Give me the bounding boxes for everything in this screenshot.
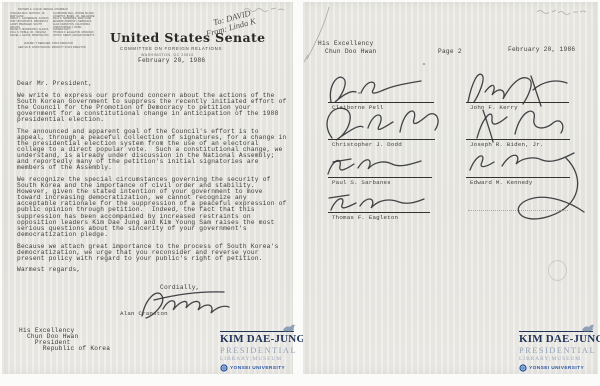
yonsei-emblem-icon (220, 364, 228, 372)
stamp-university-row: YONSEI UNIVERSITY (220, 364, 296, 372)
ring-stain (548, 260, 567, 281)
kennedy-signature (458, 140, 598, 250)
biden-signature (463, 102, 583, 144)
dodd-signature (318, 102, 448, 144)
page2-recipient-line1: His Excellency (318, 41, 373, 47)
paragraph-2: The announced and apparent goal of the C… (17, 129, 297, 172)
paragraph-1: We write to express our profound concern… (17, 93, 297, 123)
letterhead-members-col1: CHARLES McC. MATHIAS, JR., MARYLAND NANC… (10, 13, 50, 37)
sarbanes-signature (321, 146, 436, 180)
pell-signature (323, 68, 435, 106)
stamp-university-label: YONSEI UNIVERSITY (529, 366, 584, 371)
eagleton-typed-name: Thomas F. Eagleton (332, 214, 398, 221)
speck (423, 63, 425, 65)
recipient-address-block: His Excellency Chun Doo Hwan President R… (19, 328, 110, 352)
dodd-signature-line (328, 139, 435, 140)
sarbanes-signature-line (328, 177, 432, 178)
letter-date: February 20, 1986 (138, 58, 205, 64)
letter-page-1: RICHARD G. LUGAR, INDIANA, CHAIRMAN CHAR… (2, 2, 293, 374)
stamp-title: KIM DAE-JUNG (519, 333, 595, 345)
sarbanes-typed-name: Paul S. Sarbanes (332, 179, 391, 186)
committee-line: COMMITTEE ON FOREIGN RELATIONS (120, 46, 222, 51)
letterhead-staff-line-1: JEFFREY T. BERGNER, STAFF DIRECTOR (24, 43, 73, 46)
blank-signature-line (468, 210, 568, 211)
page2-date: February 20, 1986 (508, 47, 575, 53)
closing-line: Warmest regards, (17, 267, 297, 273)
stamp-subtitle: PRESIDENTIAL (220, 346, 296, 355)
senate-masthead: United States Senate (110, 30, 265, 45)
stamp-subtitle: PRESIDENTIAL (519, 346, 595, 355)
cranston-typed-name: Alan Cranston (120, 310, 168, 317)
letterhead-chairman-line: RICHARD G. LUGAR, INDIANA, CHAIRMAN (18, 9, 68, 12)
letter-body: Dear Mr. President, We write to express … (17, 81, 297, 274)
kennedy-signature-line (466, 177, 570, 178)
scanned-letter-spread: RICHARD G. LUGAR, INDIANA, CHAIRMAN CHAR… (0, 0, 600, 386)
salutation: Dear Mr. President, (17, 81, 297, 87)
letterhead-members-col2: CLAIBORNE PELL, RHODE ISLAND JOSEPH R. B… (53, 13, 99, 37)
paragraph-4: Because we attach great importance to th… (17, 244, 297, 262)
yonsei-emblem-icon (519, 364, 527, 372)
stamp-university-row: YONSEI UNIVERSITY (519, 364, 595, 372)
archive-stamp-page1: KIM DAE-JUNG PRESIDENTIAL LIBRARY|MUSEUM… (220, 328, 296, 372)
letter-page-2: His Excellency Chun Doo Hwan Page 2 Febr… (303, 2, 598, 374)
pencil-stroke-page2 (303, 4, 335, 66)
pencil-mark-page1 (242, 4, 292, 14)
page2-page-label: Page 2 (438, 49, 462, 55)
stamp-subtitle2: LIBRARY|MUSEUM (519, 356, 595, 362)
dove-icon (581, 324, 595, 332)
stamp-title: KIM DAE-JUNG (220, 333, 296, 345)
dove-icon (282, 324, 296, 332)
eagleton-signature-line (328, 212, 430, 213)
letterhead-staff-line-2: GERYLD B. CHRISTIANSON, MINORITY STAFF D… (18, 47, 86, 50)
stamp-university-label: YONSEI UNIVERSITY (230, 366, 285, 371)
page2-recipient-line2: Chun Doo Hwan (325, 49, 377, 55)
paragraph-3: We recognize the special circumstances g… (17, 177, 297, 238)
kennedy-typed-name: Edward M. Kennedy (470, 179, 533, 186)
pencil-mark-page2 (535, 6, 593, 16)
archive-stamp-page2: KIM DAE-JUNG PRESIDENTIAL LIBRARY|MUSEUM… (519, 328, 595, 372)
stamp-subtitle2: LIBRARY|MUSEUM (220, 356, 296, 362)
